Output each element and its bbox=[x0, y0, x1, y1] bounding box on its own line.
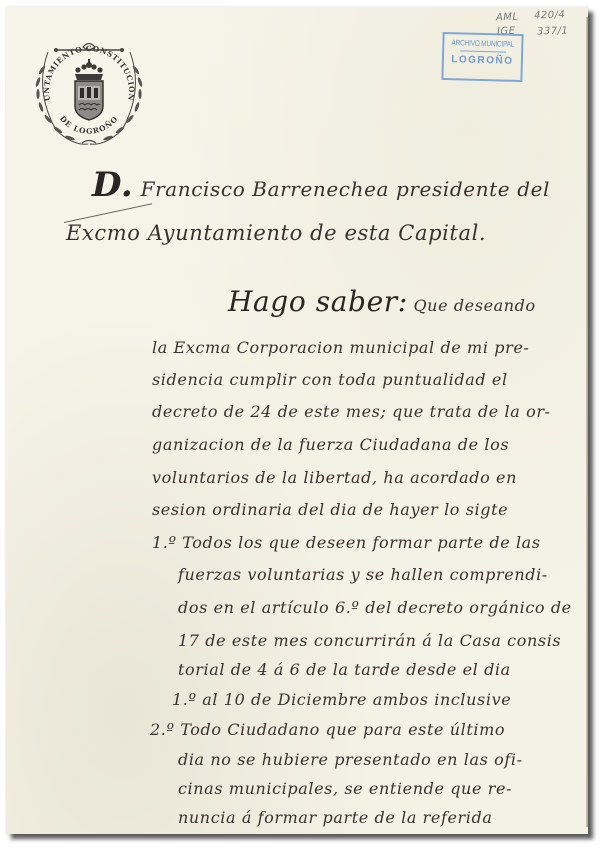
item-1-line: 1.º Todos los que deseen formar parte de… bbox=[152, 533, 541, 552]
stamp-line-2: LOGROÑO bbox=[444, 54, 521, 67]
body-lead: Hago saber: Que deseando bbox=[228, 285, 536, 318]
pencil-annotation-aml-value: 420/4 bbox=[534, 9, 566, 21]
hago-saber-lead: Hago saber: bbox=[228, 285, 408, 318]
body-line: sesion ordinaria del dia de hayer lo sig… bbox=[152, 500, 508, 519]
coat-of-arms-seal-icon: AYUNTAMIENTO CONSTITUCIONAL DE LOGROÑO bbox=[28, 30, 150, 152]
stamp-divider bbox=[460, 50, 506, 52]
heading-name-title: Francisco Barrenechea presidente del bbox=[141, 177, 550, 201]
body-line: Que deseando bbox=[413, 296, 535, 315]
body-line: la Excma Corporacion municipal de mi pre… bbox=[152, 338, 529, 357]
item-2-line: 2.º Todo Ciudadano que para este último bbox=[150, 720, 505, 739]
document-page: AYUNTAMIENTO CONSTITUCIONAL DE LOGROÑO bbox=[6, 7, 588, 834]
heading-initial: D. bbox=[92, 165, 133, 205]
body-line: voluntarios de la libertad, ha acordado … bbox=[152, 468, 517, 487]
item-1-line: 17 de este mes concurrirán á la Casa con… bbox=[178, 631, 561, 650]
body-line: ganizacion de la fuerza Ciudadana de los bbox=[152, 435, 509, 454]
item-1-line: dos en el artículo 6.º del decreto orgán… bbox=[178, 598, 572, 617]
document-scan: AYUNTAMIENTO CONSTITUCIONAL DE LOGROÑO bbox=[0, 0, 603, 850]
pencil-annotation-ige-value: 337/1 bbox=[537, 25, 569, 37]
body-line: sidencia cumplir con toda puntualidad el bbox=[152, 370, 508, 389]
item-1-line: 1.º al 10 de Diciembre ambos inclusive bbox=[172, 690, 511, 709]
item-2-line: dia no se hubiere presentado en las ofi- bbox=[178, 750, 523, 769]
stamp-line-1: ARCHIVO MUNICIPAL bbox=[451, 38, 514, 49]
heading-line-2: Excmo Ayuntamiento de esta Capital. bbox=[66, 221, 486, 245]
heading-line-1: D. Francisco Barrenechea presidente del bbox=[92, 165, 550, 205]
body-line: decreto de 24 de este mes; que trata de … bbox=[152, 402, 551, 421]
item-2-line: cinas municipales, se entiende que re- bbox=[178, 779, 512, 798]
item-2-line: nuncia á formar parte de la referida bbox=[178, 808, 493, 827]
pencil-annotation-aml-code: AML bbox=[496, 12, 519, 24]
archive-stamp: ARCHIVO MUNICIPAL LOGROÑO bbox=[441, 32, 523, 82]
page-edge bbox=[586, 17, 589, 827]
item-1-line: torial de 4 á 6 de la tarde desde el dia bbox=[178, 660, 511, 679]
pencil-annotation-ige-code: IGE bbox=[497, 26, 516, 38]
item-1-line: fuerzas voluntarias y se hallen comprend… bbox=[178, 565, 548, 584]
